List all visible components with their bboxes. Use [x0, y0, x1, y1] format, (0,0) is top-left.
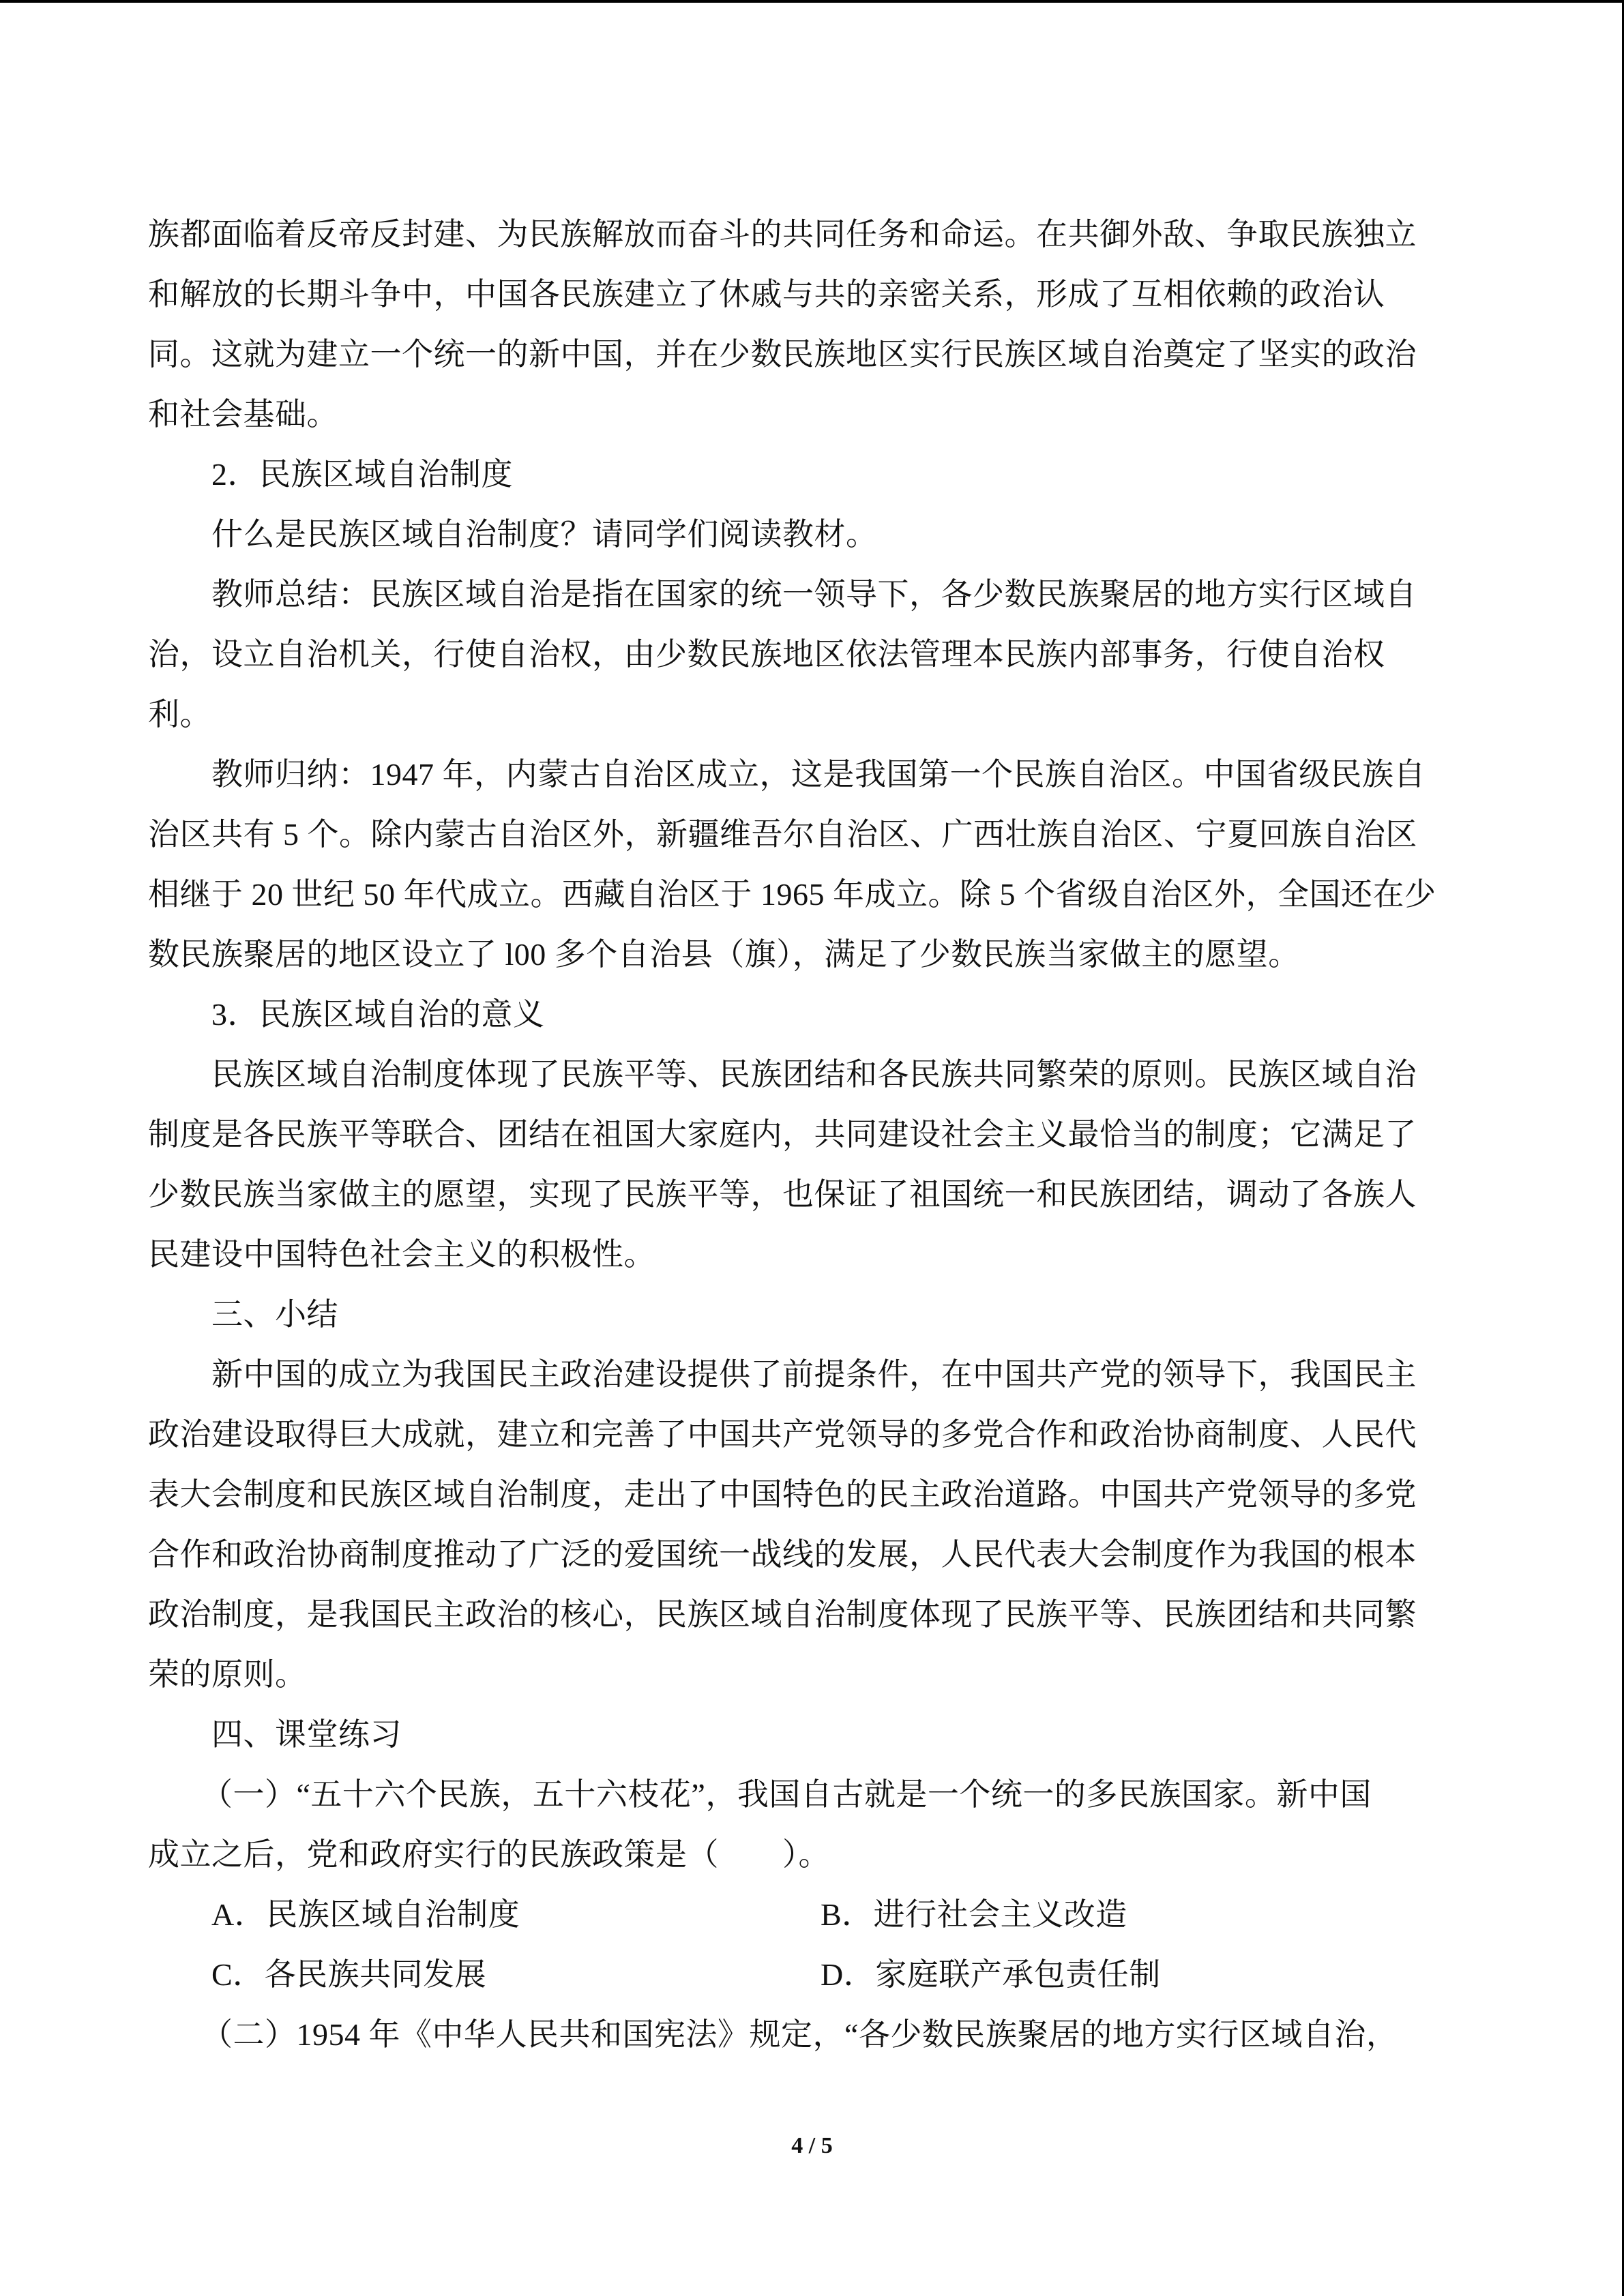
question-1-line: （一）“五十六个民族，五十六枝花”，我国自古就是一个统一的多民族国家。新中国 — [201, 1765, 1372, 1825]
paragraph-line: 族都面临着反帝反封建、为民族解放而奋斗的共同任务和命运。在共御外敌、争取民族独立 — [148, 205, 1417, 265]
paragraph-line: 表大会制度和民族区域自治制度，走出了中国特色的民主政治道路。中国共产党领导的多党 — [148, 1465, 1417, 1525]
paragraph-line: 和社会基础。 — [148, 385, 338, 445]
paragraph-line: 和解放的长期斗争中，中国各民族建立了休戚与共的亲密关系，形成了互相依赖的政治认 — [148, 265, 1385, 325]
paragraph-line: 教师总结：民族区域自治是指在国家的统一领导下，各少数民族聚居的地方实行区域自 — [211, 565, 1417, 625]
option-d: D．家庭联产承包责任制 — [821, 1945, 1161, 2005]
question-text: 什么是民族区域自治制度？请同学们阅读教材。 — [211, 505, 878, 565]
paragraph-line: 荣的原则。 — [148, 1645, 307, 1705]
paragraph-line: 民建设中国特色社会主义的积极性。 — [148, 1225, 655, 1285]
paragraph-line: 政治建设取得巨大成就，建立和完善了中国共产党领导的多党合作和政治协商制度、人民代 — [148, 1405, 1417, 1465]
paragraph-line: 政治制度，是我国民主政治的核心，民族区域自治制度体现了民族平等、民族团结和共同繁 — [148, 1585, 1417, 1645]
paragraph-line: 治，设立自治机关，行使自治权，由少数民族地区依法管理本民族内部事务，行使自治权 — [148, 625, 1385, 685]
summary-heading: 三、小结 — [211, 1285, 338, 1345]
exercises-heading: 四、课堂练习 — [211, 1705, 402, 1765]
question-2-line: （二）1954 年《中华人民共和国宪法》规定，“各少数民族聚居的地方实行区域自治… — [201, 2005, 1398, 2065]
paragraph-line: 数民族聚居的地区设立了 l00 多个自治县（旗），满足了少数民族当家做主的愿望。 — [148, 925, 1300, 985]
paragraph-line: 制度是各民族平等联合、团结在祖国大家庭内，共同建设社会主义最恰当的制度；它满足了 — [148, 1105, 1417, 1165]
section-heading-3: 3．民族区域自治的意义 — [211, 985, 545, 1045]
option-c: C．各民族共同发展 — [211, 1945, 486, 2005]
page-number: 4 / 5 — [0, 2133, 1624, 2159]
paragraph-line: 治区共有 5 个。除内蒙古自治区外，新疆维吾尔自治区、广西壮族自治区、宁夏回族自… — [148, 805, 1417, 865]
option-b: B．进行社会主义改造 — [821, 1885, 1127, 1945]
paragraph-line: 同。这就为建立一个统一的新中国，并在少数民族地区实行民族区域自治奠定了坚实的政治 — [148, 325, 1417, 385]
option-a: A．民族区域自治制度 — [211, 1885, 520, 1945]
paragraph-line: 利。 — [148, 685, 211, 745]
paragraph-line: 合作和政治协商制度推动了广泛的爱国统一战线的发展，人民代表大会制度作为我国的根本 — [148, 1525, 1417, 1585]
paragraph-line: 教师归纳：1947 年，内蒙古自治区成立，这是我国第一个民族自治区。中国省级民族… — [211, 745, 1426, 805]
paragraph-line: 民族区域自治制度体现了民族平等、民族团结和各民族共同繁荣的原则。民族区域自治 — [211, 1045, 1417, 1105]
paragraph-line: 少数民族当家做主的愿望，实现了民族平等，也保证了祖国统一和民族团结，调动了各族人 — [148, 1165, 1417, 1225]
section-heading-2: 2．民族区域自治制度 — [211, 445, 513, 505]
paragraph-line: 新中国的成立为我国民主政治建设提供了前提条件，在中国共产党的领导下，我国民主 — [211, 1345, 1417, 1405]
paragraph-line: 相继于 20 世纪 50 年代成立。西藏自治区于 1965 年成立。除 5 个省… — [148, 865, 1436, 925]
question-1-line: 成立之后，党和政府实行的民族政策是（ ）。 — [148, 1825, 830, 1885]
